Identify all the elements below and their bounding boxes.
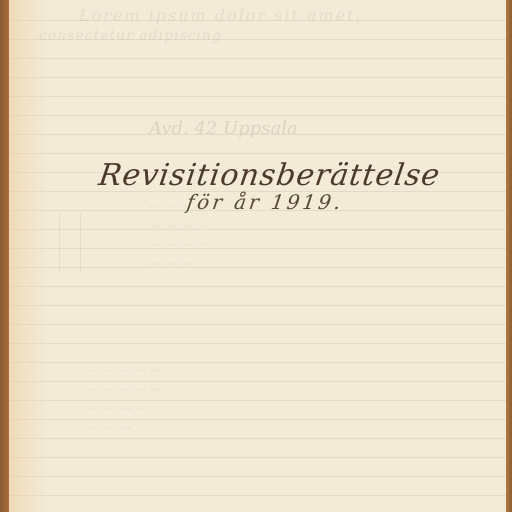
faded-annotation: Avd. 42 Uppsala xyxy=(149,118,298,139)
bleed-line: ··· ··· ··· ··· xyxy=(149,236,206,255)
bleed-line: ··· ··· ··· xyxy=(89,419,161,438)
document-subtitle: för år 1919. xyxy=(185,190,345,214)
bleed-through-text: Lorem ipsum dolor sit amet, xyxy=(79,6,363,25)
faded-margin-columns xyxy=(59,212,81,272)
binder-board-left xyxy=(0,0,9,512)
document-title: Revisitionsberättelse xyxy=(97,158,443,193)
bleed-line: ··· ··· ··· xyxy=(149,255,206,274)
bleed-line: ··· ··· ··· ··· xyxy=(149,217,206,236)
bleed-through-text: consectetur adipiscing xyxy=(39,28,222,44)
ruled-paper-page: Lorem ipsum dolor sit amet, consectetur … xyxy=(9,0,506,512)
bleed-through-block-lower: ··· ··· ··· ··· ··· ··· ··· ··· ··· ··· … xyxy=(89,362,161,438)
bleed-line: ··· ··· ··· ··· ··· xyxy=(89,362,161,381)
binder-board-right xyxy=(506,0,512,512)
bleed-line: ··· ··· ··· ··· xyxy=(89,400,161,419)
bleed-line: ··· ··· ··· ··· ··· xyxy=(89,381,161,400)
